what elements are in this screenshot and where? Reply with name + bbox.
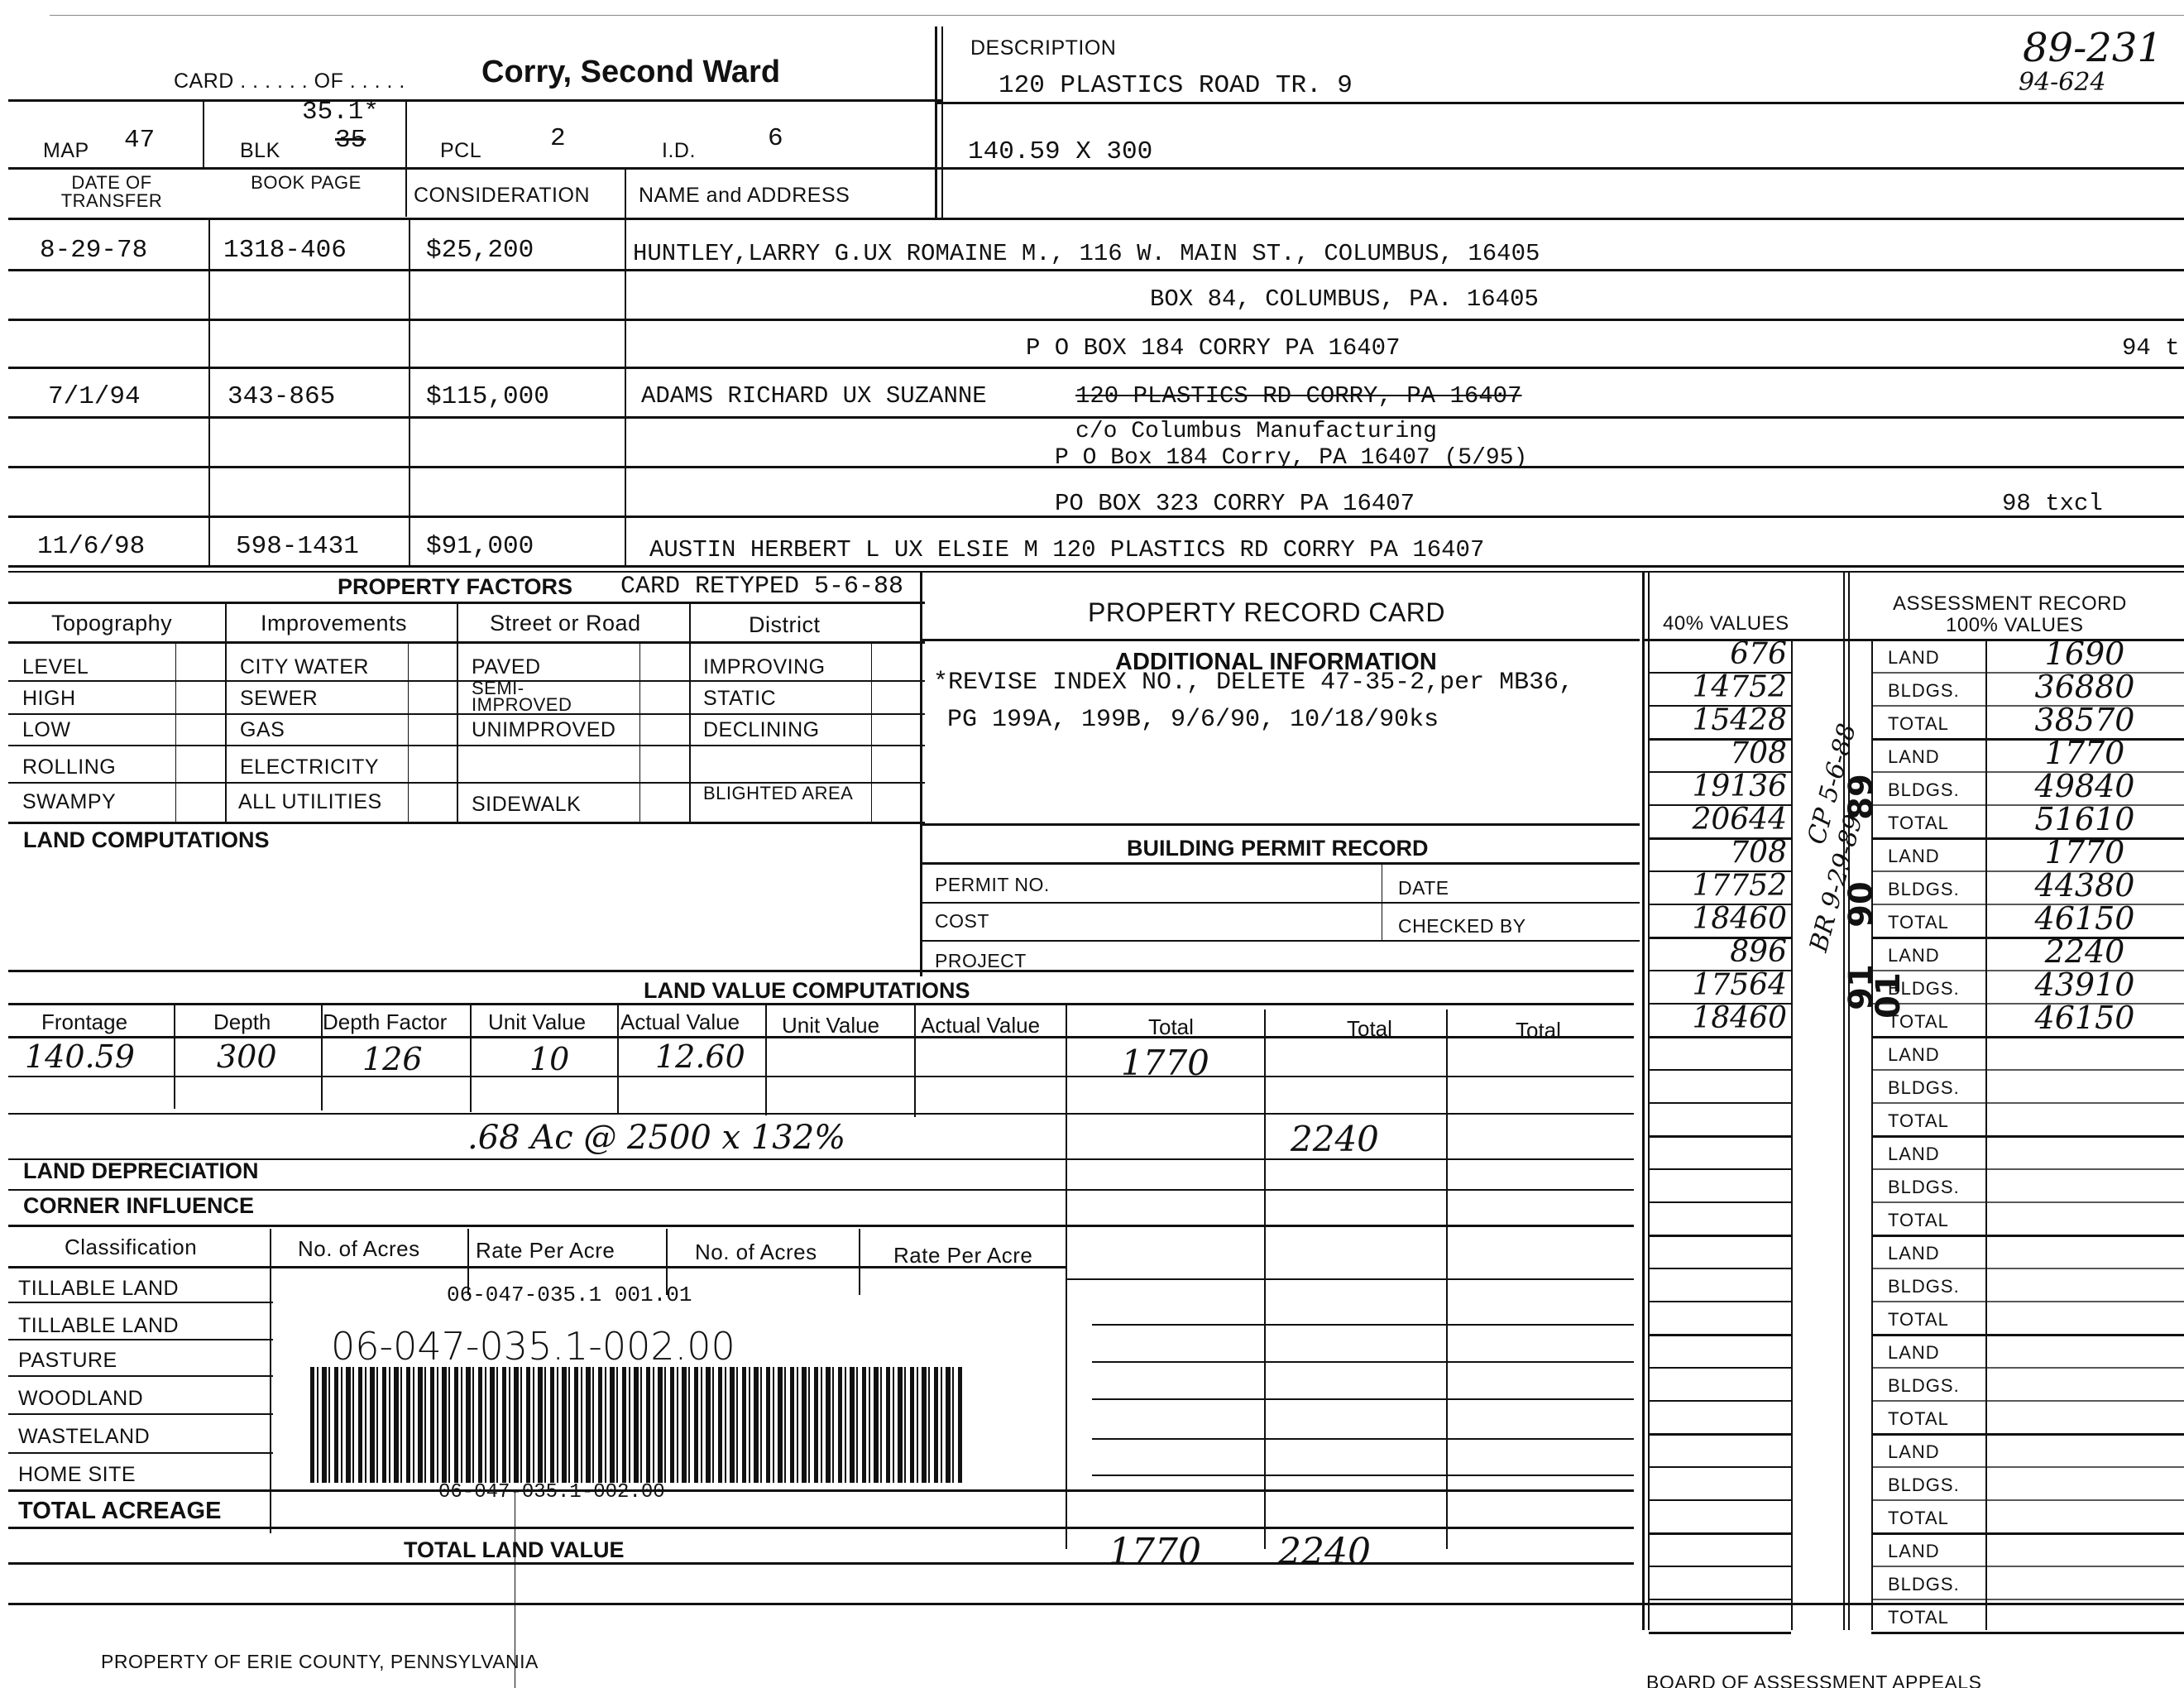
assessment-row-label: LAND bbox=[1888, 945, 1940, 966]
assessment-row-label: LAND bbox=[1888, 1441, 1940, 1463]
assessment-row-label: BLDGS. bbox=[1888, 1177, 1960, 1198]
assessment-row-label: LAND bbox=[1888, 1541, 1940, 1562]
divider bbox=[1649, 1532, 1791, 1535]
divider bbox=[1871, 1235, 2184, 1237]
divider bbox=[1649, 1367, 1791, 1369]
divider bbox=[1871, 1069, 2184, 1071]
divider bbox=[8, 269, 2184, 271]
divider bbox=[1871, 1566, 2184, 1567]
description-line1: 120 PLASTICS ROAD TR. 9 bbox=[999, 71, 1353, 100]
divider bbox=[920, 902, 1640, 904]
handwritten-ref1: 89-231 bbox=[2023, 25, 2162, 71]
divider bbox=[321, 1003, 323, 1110]
map-label: MAP bbox=[43, 139, 89, 163]
divider bbox=[1649, 1036, 1791, 1038]
assessment-title: ASSESSMENT RECORD bbox=[1893, 592, 2127, 616]
divider bbox=[8, 319, 2184, 321]
divider bbox=[8, 565, 2184, 568]
divider bbox=[765, 1003, 767, 1115]
assessment-row-label: BLDGS. bbox=[1888, 1276, 1960, 1297]
divider bbox=[1649, 1632, 1791, 1634]
header-unit-value: Unit Value bbox=[488, 1009, 586, 1035]
assessment-subtitle: 100% VALUES bbox=[1946, 614, 2083, 637]
divider bbox=[1871, 1466, 2184, 1468]
transfer-name-address: HUNTLEY,LARRY G.UX ROMAINE M., 116 W. MA… bbox=[633, 240, 1540, 267]
assessment-row-label: TOTAL bbox=[1888, 1011, 1949, 1033]
divider bbox=[408, 641, 409, 823]
total-acreage-label: TOTAL ACREAGE bbox=[18, 1498, 221, 1525]
land-value-title: LAND VALUE COMPUTATIONS bbox=[644, 978, 970, 1004]
improvement-gas: GAS bbox=[240, 718, 285, 742]
land-computations-title: LAND COMPUTATIONS bbox=[23, 827, 269, 853]
header-book-page: BOOK PAGE bbox=[248, 174, 364, 192]
header-no-of-acres-2: No. of Acres bbox=[695, 1240, 817, 1265]
improvement-city-water: CITY WATER bbox=[240, 655, 369, 679]
divider bbox=[920, 823, 1640, 826]
divider bbox=[8, 1527, 1634, 1529]
assessment-row-label: TOTAL bbox=[1888, 1110, 1949, 1132]
divider bbox=[8, 1189, 1634, 1191]
value-40-cell: 676 bbox=[1655, 637, 1787, 671]
value-40-cell: 18460 bbox=[1655, 1001, 1787, 1035]
values-40-title: 40% VALUES bbox=[1663, 612, 1789, 635]
transfer-date: 7/1/94 bbox=[48, 382, 141, 411]
assessment-row-label: LAND bbox=[1888, 1243, 1940, 1264]
id-value: 6 bbox=[768, 124, 783, 153]
value-40-cell: 18460 bbox=[1655, 902, 1787, 936]
top-edge bbox=[50, 15, 2184, 16]
assessment-value-bldgs: 36880 bbox=[1994, 669, 2176, 705]
district-static: STATIC bbox=[703, 687, 776, 711]
divider bbox=[8, 1113, 1634, 1115]
divider bbox=[8, 1603, 2184, 1605]
header-classification: Classification bbox=[65, 1235, 197, 1260]
divider bbox=[175, 641, 176, 823]
assessment-row-label: LAND bbox=[1888, 1342, 1940, 1364]
divider bbox=[1092, 1324, 1634, 1326]
header-unit-value-2: Unit Value bbox=[782, 1013, 879, 1038]
assessment-row-label: TOTAL bbox=[1888, 912, 1949, 933]
divider bbox=[1642, 571, 1645, 1630]
divider bbox=[1871, 1400, 2184, 1402]
assessment-row-label: BLDGS. bbox=[1888, 978, 1960, 1000]
transfer-book-page: 1318-406 bbox=[223, 236, 347, 265]
assessment-row-label: LAND bbox=[1888, 647, 1940, 669]
header-no-of-acres: No. of Acres bbox=[298, 1236, 420, 1262]
transfer-consideration: $115,000 bbox=[426, 382, 549, 411]
assessment-value-total: 46150 bbox=[1994, 900, 2176, 937]
divider bbox=[1649, 1334, 1791, 1336]
divider bbox=[174, 1003, 175, 1109]
divider bbox=[8, 1339, 273, 1340]
additional-info-line1: *REVISE INDEX NO., DELETE 47-35-2,per MB… bbox=[933, 669, 1573, 697]
assessment-value-bldgs: 43910 bbox=[1994, 966, 2176, 1003]
blk-value-new: 35.1* bbox=[302, 98, 379, 127]
divider bbox=[920, 862, 1640, 865]
value-40-cell: 708 bbox=[1655, 736, 1787, 770]
divider bbox=[639, 641, 640, 823]
acreage-total: 2240 bbox=[1291, 1119, 1379, 1159]
transfer-note: 94 t bbox=[2122, 334, 2180, 362]
divider bbox=[1649, 1499, 1791, 1501]
building-permit-title: BUILDING PERMIT RECORD bbox=[1127, 836, 1429, 861]
divider bbox=[1648, 571, 1650, 1630]
blk-label: BLK bbox=[240, 139, 280, 163]
divider bbox=[1649, 1235, 1791, 1237]
total-land-value-2: 2240 bbox=[1278, 1531, 1371, 1573]
divider bbox=[1985, 639, 1987, 1630]
acreage-note: .68 Ac @ 2500 x 132% bbox=[467, 1119, 845, 1157]
header-actual-value: Actual Value bbox=[620, 1009, 740, 1035]
divider bbox=[1067, 1278, 1634, 1280]
divider bbox=[225, 602, 227, 823]
header-date-of-transfer: DATE OF TRANSFER bbox=[33, 174, 190, 210]
assessment-row-label: BLDGS. bbox=[1888, 1375, 1960, 1397]
assessment-value-land: 1770 bbox=[1994, 735, 2176, 771]
divider bbox=[8, 970, 1634, 972]
transfer-name-address: PO BOX 323 CORRY PA 16407 bbox=[1055, 490, 1415, 517]
divider bbox=[617, 1003, 619, 1114]
divider bbox=[1649, 1400, 1791, 1402]
corner-influence-label: CORNER INFLUENCE bbox=[23, 1193, 254, 1219]
value-40-cell: 708 bbox=[1655, 836, 1787, 870]
value-40-cell: 17564 bbox=[1655, 968, 1787, 1002]
assessment-row-label: TOTAL bbox=[1888, 1607, 1949, 1628]
divider bbox=[8, 99, 943, 102]
header-depth: Depth bbox=[213, 1009, 271, 1035]
divider bbox=[1871, 1334, 2184, 1336]
divider bbox=[1871, 1036, 2184, 1038]
value-40-cell: 17752 bbox=[1655, 869, 1787, 903]
divider bbox=[1871, 1135, 2184, 1138]
divider bbox=[1649, 1135, 1791, 1138]
assessment-row-label: TOTAL bbox=[1888, 813, 1949, 834]
divider bbox=[8, 1413, 273, 1415]
pcl-value: 2 bbox=[550, 124, 566, 153]
footer-right: BOARD OF ASSESSMENT APPEALS bbox=[1646, 1671, 1982, 1688]
improvement-electricity: ELECTRICITY bbox=[240, 755, 379, 779]
divider bbox=[405, 99, 407, 217]
class-tillable-land-1: TILLABLE LAND bbox=[18, 1277, 179, 1301]
divider bbox=[8, 641, 925, 644]
additional-info-line2: PG 199A, 199B, 9/6/90, 10/18/90ks bbox=[947, 706, 1439, 734]
handwritten-parcel-id: 06-047-035.1-002.00 bbox=[331, 1324, 735, 1369]
divider bbox=[8, 602, 925, 604]
transfer-name-address: AUSTIN HERBERT L UX ELSIE M 120 PLASTICS… bbox=[649, 536, 1484, 563]
transfer-consideration: $91,000 bbox=[426, 532, 534, 561]
class-pasture: PASTURE bbox=[18, 1349, 117, 1373]
divider bbox=[8, 1076, 1634, 1077]
assessment-row-label: BLDGS. bbox=[1888, 1475, 1960, 1496]
divider bbox=[8, 1489, 1634, 1492]
value-40-cell: 896 bbox=[1655, 935, 1787, 969]
map-value: 47 bbox=[124, 126, 155, 155]
header-name-address: NAME and ADDRESS bbox=[639, 184, 850, 208]
divider bbox=[1871, 1367, 2184, 1369]
transfer-book-page: 343-865 bbox=[227, 382, 335, 411]
header-improvements: Improvements bbox=[261, 611, 407, 636]
id-label: I.D. bbox=[662, 139, 696, 163]
assessment-row-label: LAND bbox=[1888, 1144, 1940, 1165]
divider bbox=[8, 1375, 273, 1377]
depth-factor-value: 126 bbox=[362, 1041, 423, 1077]
divider bbox=[920, 571, 922, 976]
header-depth-factor: Depth Factor bbox=[323, 1009, 447, 1035]
divider bbox=[8, 1003, 1634, 1005]
divider bbox=[1649, 1301, 1791, 1302]
permit-checked-by-label[interactable]: CHECKED BY bbox=[1398, 915, 1526, 938]
improvement-sewer: SEWER bbox=[240, 687, 318, 711]
divider bbox=[203, 99, 204, 167]
topography-level: LEVEL bbox=[22, 655, 89, 679]
header-rate-per-acre-2: Rate Per Acre bbox=[893, 1243, 1032, 1268]
divider bbox=[625, 167, 626, 218]
divider bbox=[1791, 639, 1793, 1630]
land-depreciation-label: LAND DEPRECIATION bbox=[23, 1158, 259, 1184]
divider bbox=[1871, 1599, 2184, 1600]
barcode bbox=[310, 1367, 964, 1483]
improvement-all-utilities: ALL UTILITIES bbox=[238, 790, 382, 814]
divider bbox=[941, 26, 943, 218]
divider bbox=[1871, 1632, 2184, 1634]
assessment-value-land: 1690 bbox=[1994, 635, 2176, 672]
divider bbox=[1649, 1168, 1791, 1170]
divider bbox=[1871, 1532, 2184, 1535]
divider bbox=[914, 1003, 916, 1117]
divider bbox=[920, 639, 1640, 641]
description-label: DESCRIPTION bbox=[970, 36, 1116, 60]
transfer-note: 98 txcl bbox=[2002, 490, 2103, 517]
card-retyped-note: CARD RETYPED 5-6-88 bbox=[620, 573, 903, 601]
transfer-name-address: ADAMS RICHARD UX SUZANNE bbox=[641, 382, 987, 410]
divider bbox=[8, 713, 925, 715]
class-home-site: HOME SITE bbox=[18, 1463, 136, 1487]
assessment-row-label: TOTAL bbox=[1888, 713, 1949, 735]
divider bbox=[8, 1225, 1634, 1227]
class-woodland: WOODLAND bbox=[18, 1387, 143, 1411]
assessment-value-bldgs: 44380 bbox=[1994, 867, 2176, 904]
permit-project-label[interactable]: PROJECT bbox=[935, 950, 1027, 972]
assessment-value-total: 51610 bbox=[1994, 801, 2176, 837]
transfer-consideration: $25,200 bbox=[426, 236, 534, 265]
divider bbox=[270, 1229, 271, 1533]
divider bbox=[1871, 1268, 2184, 1269]
divider bbox=[1871, 1168, 2184, 1170]
road-sidewalk: SIDEWALK bbox=[472, 793, 581, 817]
divider bbox=[457, 602, 458, 823]
divider bbox=[1092, 1475, 1634, 1476]
district-blighted-area: BLIGHTED AREA bbox=[703, 784, 869, 803]
transfer-name-address-2: P O Box 184 Corry, PA 16407 (5/95) bbox=[1055, 445, 1527, 471]
header-actual-value-2: Actual Value bbox=[921, 1013, 1040, 1038]
divider bbox=[935, 26, 937, 218]
header-topography: Topography bbox=[51, 611, 172, 636]
topography-low: LOW bbox=[22, 718, 70, 742]
stamp-year-89: 89 bbox=[1842, 774, 1880, 820]
divider bbox=[1871, 1201, 2184, 1203]
divider bbox=[935, 102, 2184, 104]
header-consideration: CONSIDERATION bbox=[414, 184, 590, 208]
divider bbox=[8, 367, 2184, 369]
divider bbox=[1649, 1201, 1791, 1203]
divider bbox=[1092, 1398, 1634, 1400]
class-wasteland: WASTELAND bbox=[18, 1425, 150, 1449]
topography-swampy: SWAMPY bbox=[22, 790, 116, 814]
property-factors-title: PROPERTY FACTORS bbox=[338, 574, 572, 600]
transfer-date: 11/6/98 bbox=[37, 532, 145, 561]
divider bbox=[470, 1003, 472, 1112]
divider bbox=[8, 822, 925, 824]
divider bbox=[1649, 1268, 1791, 1269]
topography-high: HIGH bbox=[22, 687, 76, 711]
divider bbox=[920, 940, 1640, 942]
assessment-row-label: BLDGS. bbox=[1888, 680, 1960, 702]
divider bbox=[1092, 1361, 1634, 1363]
divider bbox=[1649, 1466, 1791, 1468]
divider bbox=[8, 1452, 273, 1454]
district-declining: DECLINING bbox=[703, 718, 820, 742]
divider bbox=[8, 745, 925, 746]
description-line2: 140.59 X 300 bbox=[968, 137, 1152, 166]
old-parcel-id: 06-047-035.1 001.01 bbox=[447, 1283, 692, 1307]
divider bbox=[8, 1562, 1634, 1565]
divider bbox=[8, 571, 2184, 573]
pcl-label: PCL bbox=[440, 139, 481, 163]
divider bbox=[859, 1229, 860, 1295]
assessment-row-label: LAND bbox=[1888, 746, 1940, 768]
divider bbox=[1871, 1433, 2184, 1436]
record-card-title: PROPERTY RECORD CARD bbox=[1088, 597, 1445, 628]
header-street-or-road: Street or Road bbox=[490, 611, 641, 636]
divider bbox=[1092, 1438, 1634, 1440]
divider bbox=[8, 680, 925, 682]
assessment-value-land: 2240 bbox=[1994, 933, 2176, 970]
road-paved: PAVED bbox=[472, 655, 541, 679]
class-tillable-land-2: TILLABLE LAND bbox=[18, 1314, 179, 1338]
divider bbox=[8, 167, 2184, 170]
divider bbox=[1649, 1566, 1791, 1567]
value-40-cell: 19136 bbox=[1655, 770, 1787, 803]
topography-rolling: ROLLING bbox=[22, 755, 116, 779]
divider bbox=[8, 1302, 273, 1303]
printed-parcel-id: 06-047-035.1-002.00 bbox=[438, 1481, 665, 1503]
assessment-row-label: TOTAL bbox=[1888, 1508, 1949, 1529]
header-total-3: Total bbox=[1516, 1018, 1561, 1043]
divider bbox=[8, 218, 2184, 220]
transfer-date: 8-29-78 bbox=[40, 236, 147, 265]
total-1-value: 1770 bbox=[1121, 1043, 1209, 1083]
card-label: CARD . . . . . . OF . . . . . bbox=[174, 70, 405, 94]
divider bbox=[1871, 1301, 2184, 1302]
divider bbox=[1649, 1102, 1791, 1104]
transfer-name-address: BOX 84, COLUMBUS, PA. 16405 bbox=[1150, 285, 1539, 313]
assessment-row-label: LAND bbox=[1888, 1044, 1940, 1066]
assessment-value-total: 38570 bbox=[1994, 702, 2176, 738]
divider bbox=[1649, 1069, 1791, 1071]
assessment-row-label: TOTAL bbox=[1888, 1309, 1949, 1331]
assessment-row-label: BLDGS. bbox=[1888, 1077, 1960, 1099]
divider bbox=[1649, 1433, 1791, 1436]
permit-cost-label[interactable]: COST bbox=[935, 910, 989, 933]
transfer-name-address: P O BOX 184 CORRY PA 16407 bbox=[1026, 334, 1400, 362]
assessment-value-total: 46150 bbox=[1994, 1000, 2176, 1036]
ward-title: Corry, Second Ward bbox=[481, 55, 780, 90]
transfer-name-address: c/o Columbus Manufacturing bbox=[1075, 419, 1437, 444]
transfer-book-page: 598-1431 bbox=[236, 532, 359, 561]
divider bbox=[871, 641, 872, 823]
assessment-value-land: 1770 bbox=[1994, 834, 2176, 870]
assessment-row-label: BLDGS. bbox=[1888, 879, 1960, 900]
value-40-cell: 15428 bbox=[1655, 703, 1787, 737]
blk-value-struck: 35 bbox=[335, 126, 366, 155]
assessment-row-label: LAND bbox=[1888, 846, 1940, 867]
assessment-row-label: TOTAL bbox=[1888, 1408, 1949, 1430]
transfer-name-address-struck: 120 PLASTICS RD CORRY, PA 16407 bbox=[1075, 382, 1522, 410]
depth-value: 300 bbox=[217, 1038, 277, 1075]
assessment-value-bldgs: 49840 bbox=[1994, 768, 2176, 804]
value-40-cell: 14752 bbox=[1655, 670, 1787, 704]
header-frontage: Frontage bbox=[41, 1009, 127, 1035]
divider bbox=[1066, 1003, 1067, 1549]
divider bbox=[8, 1266, 1067, 1268]
total-land-value-1: 1770 bbox=[1109, 1531, 1201, 1573]
value-40-cell: 20644 bbox=[1655, 803, 1787, 837]
unit-value: 10 bbox=[529, 1041, 569, 1077]
assessment-row-label: TOTAL bbox=[1888, 1210, 1949, 1231]
actual-value: 12.60 bbox=[655, 1038, 745, 1075]
divider bbox=[1649, 1599, 1791, 1600]
road-semi-improved: SEMI-IMPROVED bbox=[472, 680, 596, 713]
road-unimproved: UNIMPROVED bbox=[472, 718, 615, 742]
assessment-row-label: BLDGS. bbox=[1888, 1574, 1960, 1595]
permit-date-label[interactable]: DATE bbox=[1398, 877, 1449, 899]
footer-left: PROPERTY OF ERIE COUNTY, PENNSYLVANIA bbox=[101, 1651, 539, 1673]
handwritten-ref2: 94-624 bbox=[2019, 68, 2106, 97]
assessment-row-label: BLDGS. bbox=[1888, 779, 1960, 801]
header-district: District bbox=[749, 612, 821, 638]
header-rate-per-acre: Rate Per Acre bbox=[476, 1238, 615, 1264]
permit-no-label[interactable]: PERMIT NO. bbox=[935, 874, 1050, 896]
divider bbox=[1871, 1499, 2184, 1501]
divider bbox=[689, 602, 691, 823]
frontage-value: 140.59 bbox=[25, 1038, 135, 1075]
divider bbox=[1871, 1102, 2184, 1104]
district-improving: IMPROVING bbox=[703, 655, 826, 679]
